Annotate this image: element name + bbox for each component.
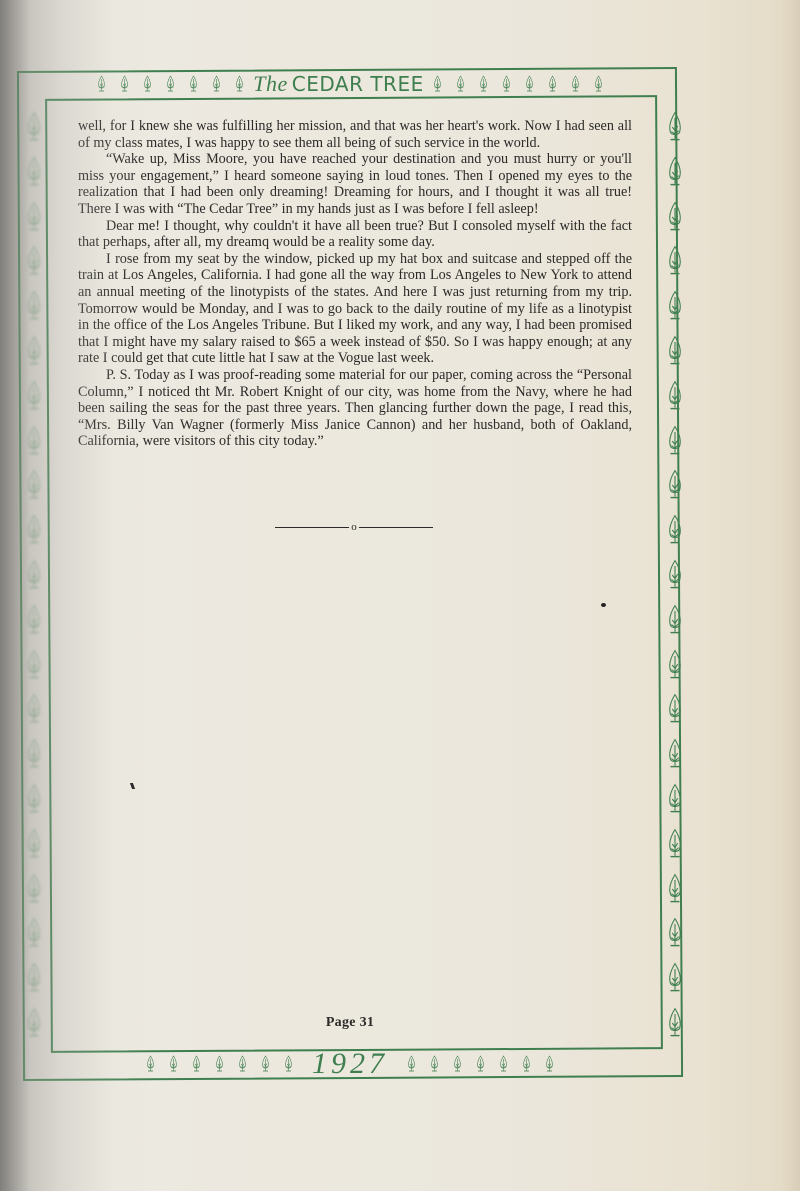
- header-trees-right: [432, 75, 604, 93]
- cedar-tree-icon: [666, 379, 684, 413]
- cedar-tree-icon: [666, 603, 684, 637]
- cedar-tree-icon: [666, 961, 684, 995]
- page-number: Page 31: [300, 1015, 400, 1031]
- cedar-tree-icon: [666, 155, 684, 189]
- cedar-tree-icon: [25, 244, 43, 278]
- cedar-tree-icon: [25, 379, 43, 413]
- cedar-tree-icon: [260, 1055, 271, 1073]
- cedar-tree-icon: [406, 1055, 417, 1073]
- running-title-prefix: The: [253, 71, 288, 96]
- cedar-tree-icon: [521, 1055, 532, 1073]
- cedar-tree-icon: [25, 558, 43, 592]
- cedar-tree-icon: [524, 75, 535, 93]
- cedar-tree-icon: [570, 75, 581, 93]
- paragraph: Dear me! I thought, why couldn't it have…: [78, 218, 632, 251]
- cedar-tree-icon: [666, 468, 684, 502]
- cedar-tree-icon: [214, 1055, 225, 1073]
- divider-line: [275, 527, 349, 528]
- cedar-tree-icon: [432, 75, 443, 93]
- cedar-tree-icon: [25, 737, 43, 771]
- running-head: TheCEDAR TREE: [40, 70, 660, 98]
- ink-speck: [601, 603, 606, 607]
- cedar-tree-icon: [96, 75, 107, 93]
- cedar-tree-icon: [25, 872, 43, 906]
- cedar-tree-icon: [666, 1006, 684, 1040]
- header-trees-left: [96, 75, 245, 93]
- cedar-tree-icon: [25, 513, 43, 547]
- cedar-tree-icon: [666, 110, 684, 144]
- running-title: TheCEDAR TREE: [253, 71, 423, 97]
- cedar-tree-icon: [452, 1055, 463, 1073]
- cedar-tree-icon: [25, 424, 43, 458]
- cedar-tree-icon: [666, 244, 684, 278]
- cedar-tree-icon: [501, 75, 512, 93]
- cedar-tree-icon: [666, 558, 684, 592]
- paragraph: P. S. Today as I was proof-reading some …: [78, 367, 632, 450]
- cedar-tree-icon: [666, 827, 684, 861]
- cedar-tree-icon: [666, 334, 684, 368]
- cedar-tree-icon: [25, 961, 43, 995]
- cedar-tree-icon: [25, 782, 43, 816]
- cedar-tree-icon: [475, 1055, 486, 1073]
- cedar-tree-icon: [455, 75, 466, 93]
- cedar-tree-icon: [188, 75, 199, 93]
- running-title-text: CEDAR TREE: [292, 72, 424, 96]
- running-foot: 1927: [40, 1049, 660, 1079]
- cedar-tree-icon: [593, 75, 604, 93]
- cedar-tree-icon: [234, 75, 245, 93]
- cedar-tree-icon: [666, 916, 684, 950]
- cedar-tree-icon: [237, 1055, 248, 1073]
- cedar-tree-icon: [429, 1055, 440, 1073]
- cedar-tree-icon: [25, 155, 43, 189]
- cedar-tree-icon: [145, 1055, 156, 1073]
- cedar-tree-icon: [25, 916, 43, 950]
- cedar-tree-icon: [666, 200, 684, 234]
- cedar-tree-icon: [25, 200, 43, 234]
- cedar-tree-icon: [25, 648, 43, 682]
- year: 1927: [312, 1047, 388, 1081]
- cedar-tree-icon: [168, 1055, 179, 1073]
- cedar-tree-icon: [25, 603, 43, 637]
- cedar-tree-icon: [25, 289, 43, 323]
- cedar-tree-icon: [25, 110, 43, 144]
- cedar-tree-icon: [191, 1055, 202, 1073]
- cedar-tree-icon: [544, 1055, 555, 1073]
- right-border-trees: [663, 100, 687, 1050]
- cedar-tree-icon: [498, 1055, 509, 1073]
- cedar-tree-icon: [666, 737, 684, 771]
- cedar-tree-icon: [25, 334, 43, 368]
- footer-trees-right: [406, 1055, 555, 1073]
- cedar-tree-icon: [25, 1006, 43, 1040]
- cedar-tree-icon: [119, 75, 130, 93]
- paragraph: I rose from my seat by the window, picke…: [78, 251, 632, 367]
- cedar-tree-icon: [25, 827, 43, 861]
- divider-line: [359, 527, 433, 528]
- left-border-trees: [22, 100, 46, 1050]
- cedar-tree-icon: [666, 513, 684, 547]
- cedar-tree-icon: [666, 782, 684, 816]
- paragraph: well, for I knew she was fulfilling her …: [78, 118, 632, 151]
- cedar-tree-icon: [547, 75, 558, 93]
- divider-mark: o: [349, 522, 359, 532]
- cedar-tree-icon: [283, 1055, 294, 1073]
- article-body: well, for I knew she was fulfilling her …: [78, 118, 632, 450]
- cedar-tree-icon: [666, 648, 684, 682]
- paragraph: “Wake up, Miss Moore, you have reached y…: [78, 151, 632, 217]
- section-divider: o: [275, 520, 433, 534]
- footer-trees-left: [145, 1055, 294, 1073]
- cedar-tree-icon: [165, 75, 176, 93]
- cedar-tree-icon: [142, 75, 153, 93]
- cedar-tree-icon: [25, 692, 43, 726]
- cedar-tree-icon: [211, 75, 222, 93]
- cedar-tree-icon: [666, 872, 684, 906]
- cedar-tree-icon: [666, 692, 684, 726]
- cedar-tree-icon: [25, 468, 43, 502]
- cedar-tree-icon: [666, 289, 684, 323]
- cedar-tree-icon: [478, 75, 489, 93]
- cedar-tree-icon: [666, 424, 684, 458]
